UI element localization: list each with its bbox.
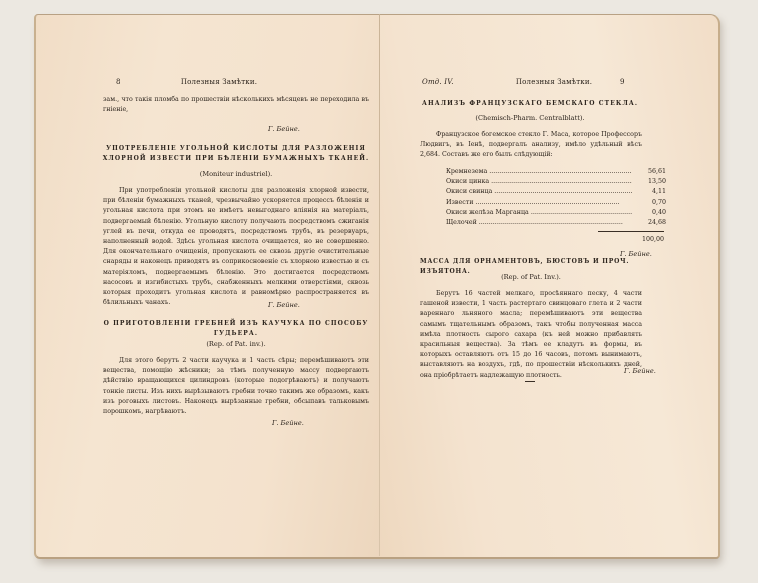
article-title: АНАЛИЗЪ ФРАНЦУЗСКАГО БЕМСКАГО СТЕКЛА. <box>420 99 640 109</box>
running-head: Полезныя Замѣтки. <box>380 78 718 86</box>
component-value: 56,61 <box>632 167 666 177</box>
title-line: О ПРИГОТОВЛЕНІИ ГРЕБНЕЙ ИЗЪ КАУЧУКА ПО С… <box>100 319 372 329</box>
signature: Г. Бейне. <box>272 419 304 427</box>
table-row: Кремнезема56,61 <box>446 167 666 177</box>
paragraph: Французское богемское стекло Г. Маса, ко… <box>420 130 642 161</box>
component-name: Окиси свинца <box>446 187 632 197</box>
component-name: Извести <box>446 198 632 208</box>
component-value: 24,68 <box>632 218 666 228</box>
signature: Г. Бейне. <box>268 301 300 309</box>
article-source: (Rep. of Pat. Inv.). <box>420 273 642 281</box>
sum-rule <box>598 231 664 232</box>
component-value: 0,70 <box>632 198 666 208</box>
article-source: (Rep. of Pat. inv.). <box>100 340 372 348</box>
table-row: Окиси цинка13,50 <box>446 177 666 187</box>
article-intro: Французское богемское стекло Г. Маса, ко… <box>420 130 642 161</box>
table-row: Щелочей24,68 <box>446 218 666 228</box>
table-row: Извести0,70 <box>446 198 666 208</box>
component-name: Окиси желѣза Марганца <box>446 208 632 218</box>
left-page: 8 Полезныя Замѣтки. зам., что такія плом… <box>34 14 382 559</box>
article-title: О ПРИГОТОВЛЕНІИ ГРЕБНЕЙ ИЗЪ КАУЧУКА ПО С… <box>100 319 372 339</box>
paragraph: Берутъ 16 частей мелкаго, просѣяннаго пе… <box>420 289 642 381</box>
article-body: Берутъ 16 частей мелкаго, просѣяннаго пе… <box>420 289 642 381</box>
running-head: Полезныя Замѣтки. <box>36 78 382 86</box>
paragraph: При употребленіи угольной кислоты для ра… <box>103 186 369 308</box>
signature: Г. Бейне. <box>268 125 300 133</box>
table-row: Окиси желѣза Марганца0,40 <box>446 208 666 218</box>
component-name: Кремнезема <box>446 167 632 177</box>
article-body: Для этого берутъ 2 части каучука и 1 час… <box>103 356 369 417</box>
continuation-text: зам., что такія пломба по прошествіи нѣс… <box>103 95 369 115</box>
page-number: 9 <box>620 78 625 86</box>
component-value: 0,40 <box>632 208 666 218</box>
paragraph: Для этого берутъ 2 части каучука и 1 час… <box>103 356 369 417</box>
component-value: 4,11 <box>632 187 666 197</box>
title-line: УПОТРЕБЛЕНІЕ УГОЛЬНОЙ КИСЛОТЫ ДЛЯ РАЗЛОЖ… <box>100 144 372 154</box>
end-dash <box>525 381 535 382</box>
component-name: Окиси цинка <box>446 177 632 187</box>
right-page: Отд. IV. Полезныя Замѣтки. 9 АНАЛИЗЪ ФРА… <box>380 14 720 559</box>
table-row: Окиси свинца4,11 <box>446 187 666 197</box>
composition-table: Кремнезема56,61 Окиси цинка13,50 Окиси с… <box>446 167 666 228</box>
signature: Г. Бейне. <box>624 367 656 375</box>
composition-total: 100,00 <box>630 235 664 245</box>
article-source: (Moniteur industriel). <box>100 170 372 178</box>
component-name: Щелочей <box>446 218 632 228</box>
title-line: ГУДЬЕРА. <box>100 329 372 339</box>
article-body: При употребленіи угольной кислоты для ра… <box>103 186 369 308</box>
component-value: 13,50 <box>632 177 666 187</box>
title-line: ХЛОРНОЙ ИЗВЕСТИ ПРИ БѢЛЕНІИ БУМАЖНЫХЪ ТК… <box>100 154 372 164</box>
article-source: (Chemisch-Pharm. Centralblatt). <box>420 114 640 122</box>
article-title: УПОТРЕБЛЕНІЕ УГОЛЬНОЙ КИСЛОТЫ ДЛЯ РАЗЛОЖ… <box>100 144 372 164</box>
